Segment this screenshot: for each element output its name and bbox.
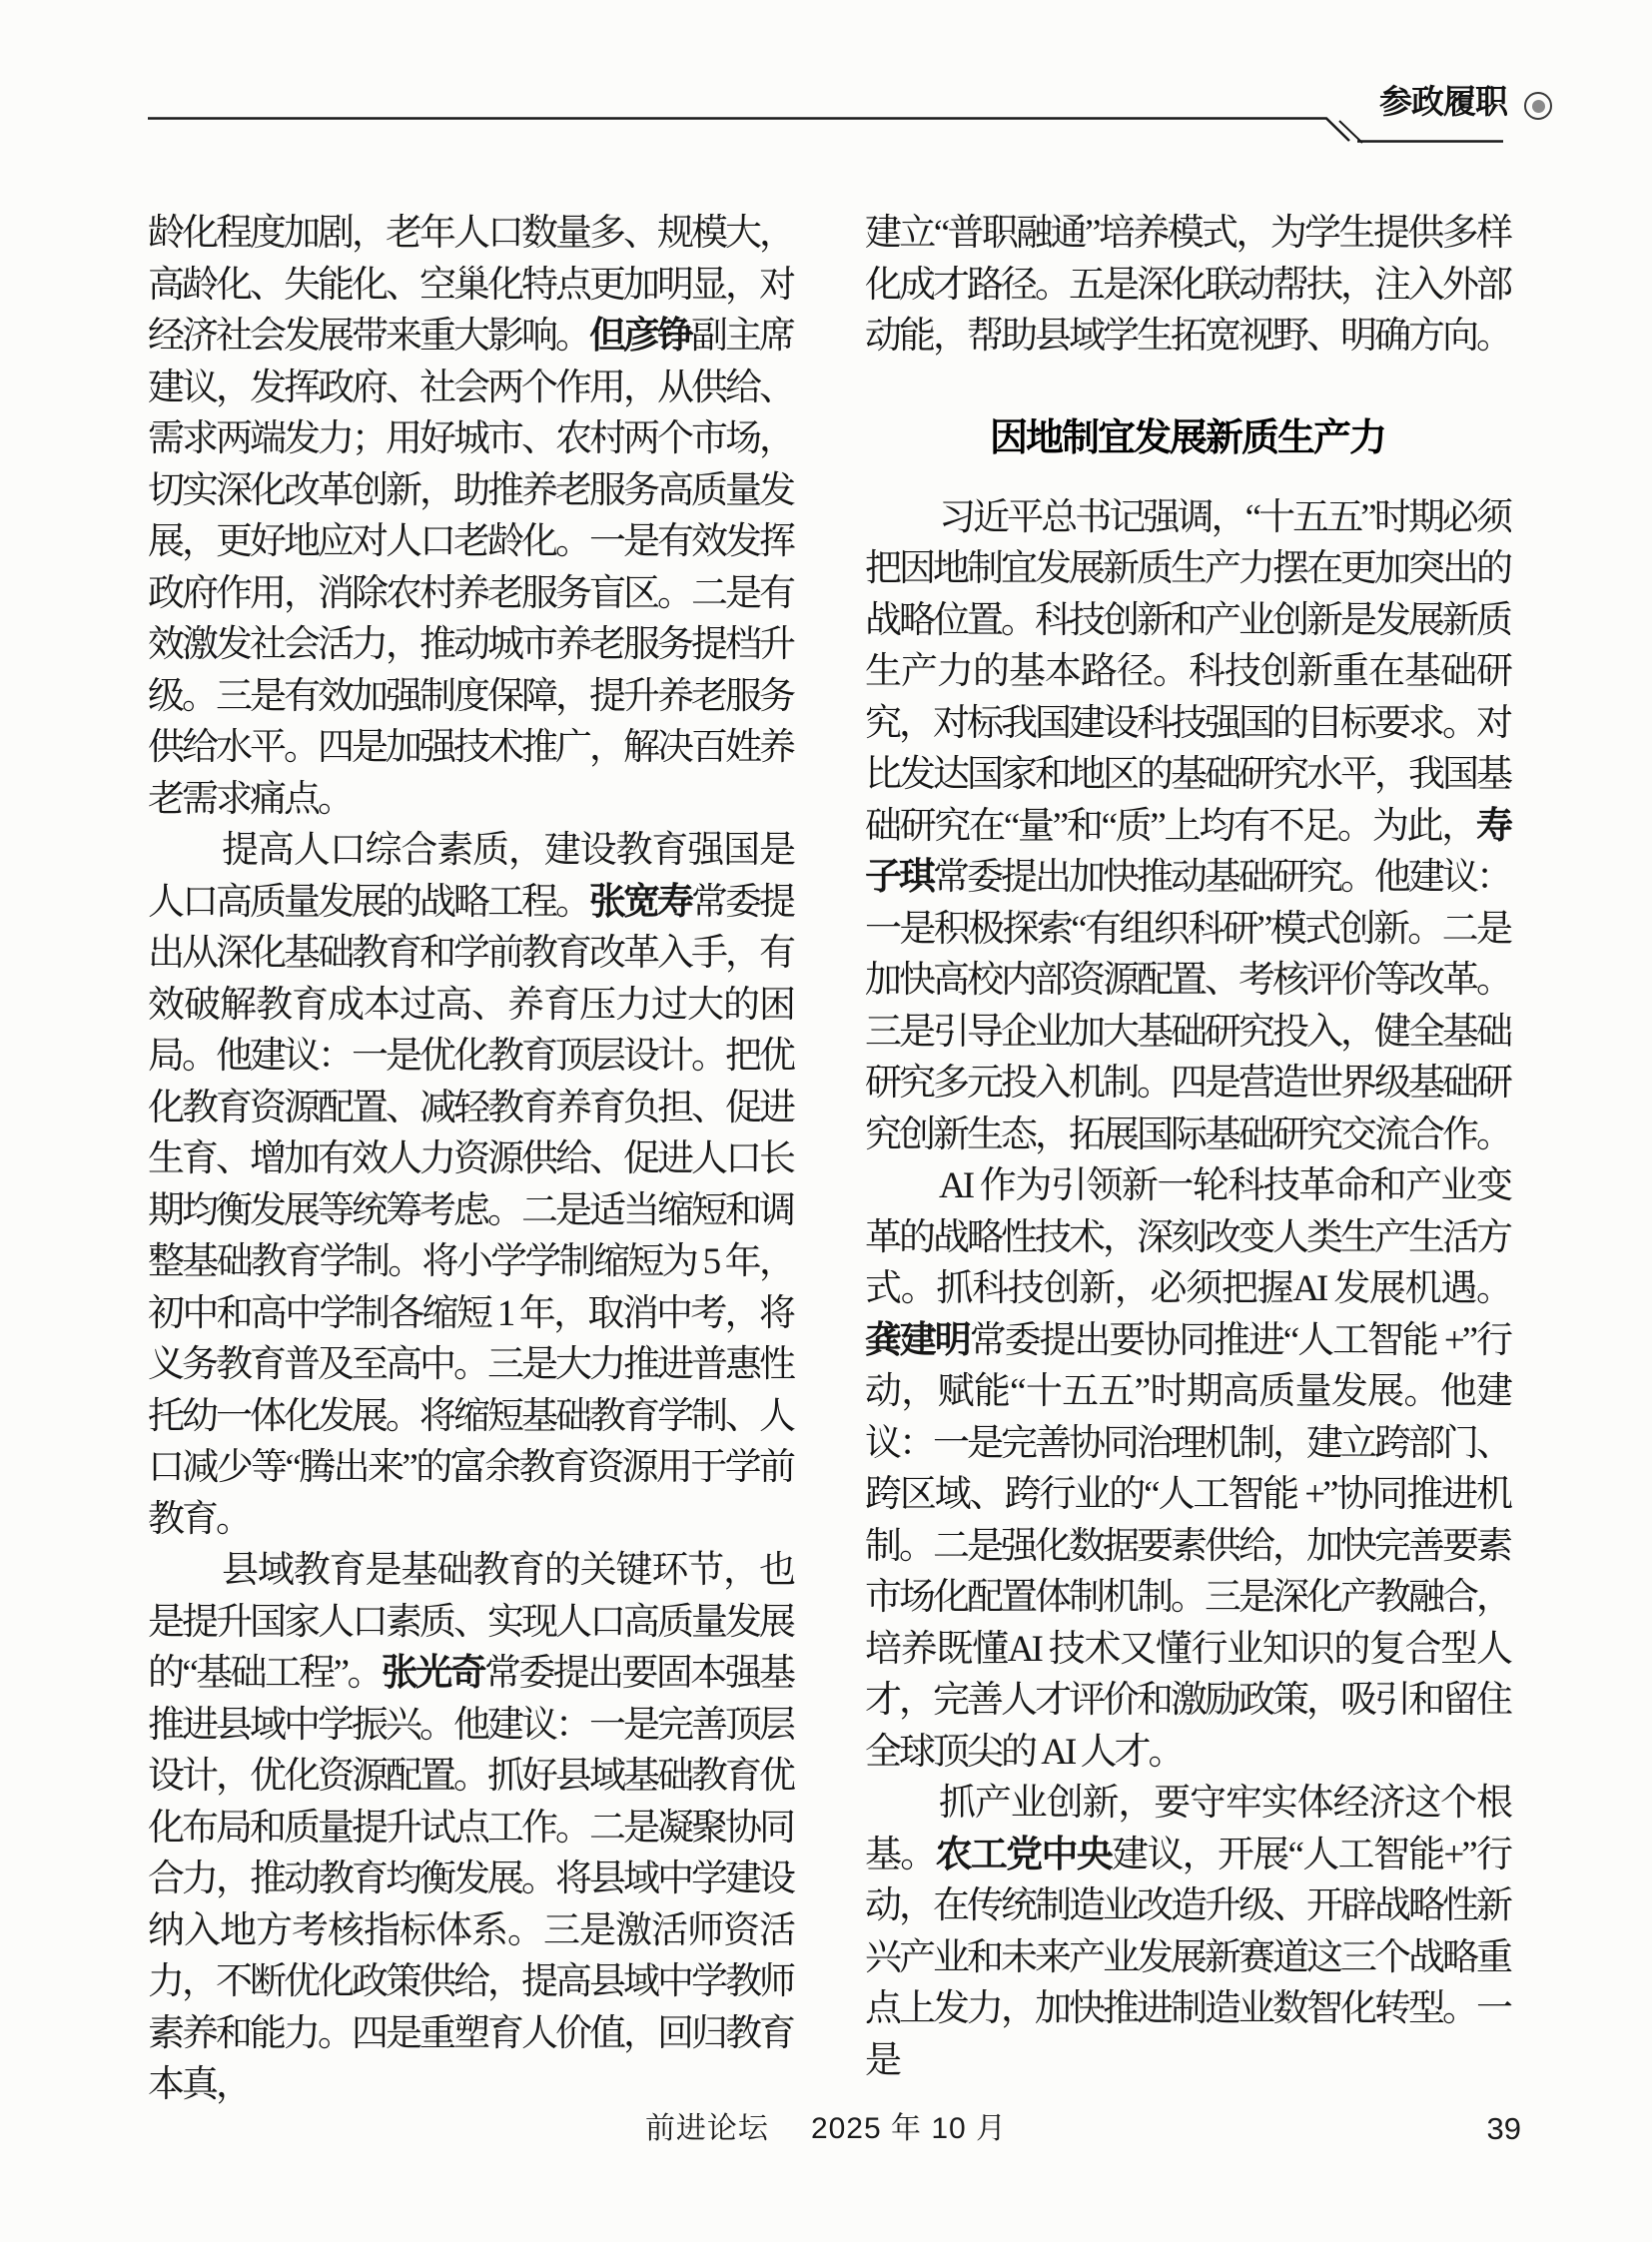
magazine-page: 参政履职 龄化程度加剧，老年人口数量多、规模大，高龄化、失能化、空巢化特点更加明… — [0, 0, 1652, 2242]
section-marker-dot — [1532, 100, 1545, 113]
paragraph-text: 常委提出要固本强基推进县域中学振兴。他建议：一是完善顶层设计，优化资源配置。抓好… — [148, 1653, 793, 2105]
paragraph-text: 习近平总书记强调，“十五五”时期必须把因地制宜发展新质生产力摆在更加突出的战略位… — [865, 497, 1510, 847]
left-column: 龄化程度加剧，老年人口数量多、规模大，高龄化、失能化、空巢化特点更加明显，对经济… — [148, 208, 793, 2111]
paragraph: AI 作为引领新一轮科技革命和产业变革的战略性技术，深刻改变人类生产生活方式。抓… — [865, 1160, 1510, 1778]
section-marker-icon — [1524, 92, 1552, 120]
paragraph: 建立“普职融通”培养模式，为学生提供多样化成才路径。五是深化联动帮扶，注入外部动… — [865, 208, 1510, 363]
paragraph-text: AI 作为引领新一轮科技革命和产业变革的战略性技术，深刻改变人类生产生活方式。抓… — [865, 1165, 1510, 1309]
person-name: 农工党中央 — [936, 1835, 1112, 1875]
paragraph: 县域教育是基础教育的关键环节，也是提升国家人口素质、实现人口高质量发展的“基础工… — [148, 1545, 793, 2111]
paragraph-text: 常委提出从深化基础教育和学前教育改革入手，有效破解教育成本过高、养育压力过大的困… — [148, 882, 793, 1540]
page-number: 39 — [1487, 2111, 1521, 2147]
paragraph: 提高人口综合素质，建设教育强国是人口高质量发展的战略工程。张宽寿常委提出从深化基… — [148, 825, 793, 1545]
paragraph-text: 建立“普职融通”培养模式，为学生提供多样化成才路径。五是深化联动帮扶，注入外部动… — [865, 213, 1510, 357]
person-name: 龚建明 — [865, 1320, 970, 1361]
paragraph-text: 副主席建议，发挥政府、社会两个作用，从供给、需求两端发力；用好城市、农村两个市场… — [148, 316, 793, 820]
person-name: 张宽寿 — [589, 882, 691, 923]
person-name: 张光奇 — [382, 1653, 484, 1694]
right-column: 建立“普职融通”培养模式，为学生提供多样化成才路径。五是深化联动帮扶，注入外部动… — [865, 208, 1510, 2111]
article-body: 龄化程度加剧，老年人口数量多、规模大，高龄化、失能化、空巢化特点更加明显，对经济… — [148, 208, 1510, 2111]
section-heading: 因地制宜发展新质生产力 — [865, 414, 1510, 462]
paragraph-text: 常委提出加快推动基础研究。他建议：一是积极探索“有组织科研”模式创新。二是加快高… — [865, 857, 1510, 1155]
paragraph: 习近平总书记强调，“十五五”时期必须把因地制宜发展新质生产力摆在更加突出的战略位… — [865, 492, 1510, 1161]
footer-journal-line: 前进论坛2025 年 10 月 — [0, 2111, 1652, 2147]
footer-date: 2025 年 10 月 — [811, 2112, 1007, 2145]
paragraph: 抓产业创新，要守牢实体经济这个根基。农工党中央建议，开展“人工智能+”行动，在传… — [865, 1778, 1510, 2086]
section-label: 参政履职 — [1379, 84, 1507, 120]
paragraph: 龄化程度加剧，老年人口数量多、规模大，高龄化、失能化、空巢化特点更加明显，对经济… — [148, 208, 793, 825]
footer-journal: 前进论坛 — [645, 2112, 769, 2145]
paragraph-text: 常委提出要协同推进“人工智能 +”行动，赋能“十五五”时期高质量发展。他建议：一… — [865, 1320, 1510, 1773]
person-name: 但彦铮 — [589, 316, 691, 357]
